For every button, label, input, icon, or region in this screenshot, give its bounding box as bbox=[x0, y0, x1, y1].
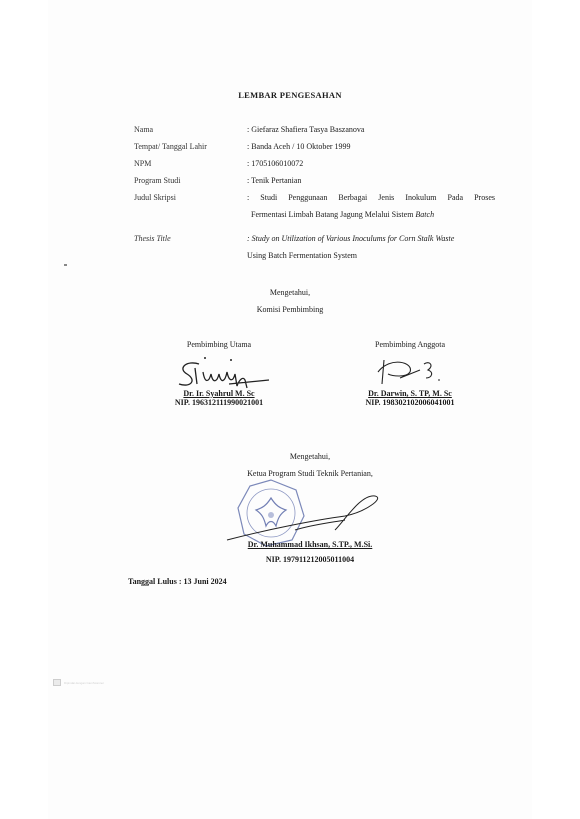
field-row-thesis-en-cont: Using Batch Fermentation System bbox=[247, 250, 357, 262]
field-row-npm: NPM : 1705106010072 bbox=[134, 158, 495, 170]
graduation-date: Tanggal Lulus : 13 Juni 2024 bbox=[128, 577, 227, 586]
supervisor-main: Pembimbing Utama Dr. Ir. Syahrul M. Sc N… bbox=[119, 340, 319, 407]
head-role: Ketua Program Studi Teknik Pertanian, bbox=[20, 469, 580, 478]
field-row-thesis-id: Judul Skripsi : Studi Penggunaan Berbaga… bbox=[134, 192, 495, 221]
field-label: Tempat/ Tanggal Lahir bbox=[134, 141, 247, 153]
field-label: Program Studi bbox=[134, 175, 247, 187]
scanner-watermark: Dipindai dengan CamScanner bbox=[53, 679, 104, 686]
field-row-name: Nama : Giefaraz Shafiera Tasya Baszanova bbox=[134, 124, 495, 136]
supervisor-nip: NIP. 196312111990021001 bbox=[119, 398, 319, 407]
thesis-title-line2: Fermentasi Limbah Batang Jagung Melalui … bbox=[247, 209, 495, 221]
head-name: Dr. Muhammad Ikhsan, S.TP., M.Si. bbox=[210, 540, 410, 549]
committee-text: Komisi Pembimbing bbox=[0, 305, 580, 314]
supervisor-role: Pembimbing Utama bbox=[119, 340, 319, 349]
supervisor-name: Dr. Ir. Syahrul M. Sc bbox=[119, 389, 319, 398]
head-nip: NIP. 197911212005011004 bbox=[210, 555, 410, 564]
field-row-thesis-en: Thesis Title : Study on Utilization of V… bbox=[134, 233, 495, 245]
field-value: : Study on Utilization of Various Inocul… bbox=[247, 233, 495, 245]
field-label: NPM bbox=[134, 158, 247, 170]
field-value: : Tenik Pertanian bbox=[247, 175, 495, 187]
document-page bbox=[48, 0, 532, 819]
supervisor-member: Pembimbing Anggota Dr. Darwin, S. TP, M.… bbox=[310, 340, 510, 407]
field-row-program: Program Studi : Tenik Pertanian bbox=[134, 175, 495, 187]
thesis-en-line1: : Study on Utilization of Various Inocul… bbox=[247, 233, 495, 245]
scanner-logo-icon bbox=[53, 679, 61, 686]
thesis-en-line2: Using Batch Fermentation System bbox=[247, 250, 357, 262]
field-label: Judul Skripsi bbox=[134, 192, 247, 221]
field-row-birth: Tempat/ Tanggal Lahir : Banda Aceh / 10 … bbox=[134, 141, 495, 153]
supervisor-role: Pembimbing Anggota bbox=[310, 340, 510, 349]
field-label: Thesis Title bbox=[134, 233, 247, 245]
signature-icon bbox=[370, 352, 450, 388]
field-value: : Studi Penggunaan Berbagai Jenis Inokul… bbox=[247, 192, 495, 221]
supervisor-nip: NIP. 198302102006041001 bbox=[310, 398, 510, 407]
head-acknowledge: Mengetahui, bbox=[20, 452, 580, 461]
scan-speck bbox=[64, 264, 67, 266]
thesis-title-line1: : Studi Penggunaan Berbagai Jenis Inokul… bbox=[247, 192, 495, 204]
watermark-text: Dipindai dengan CamScanner bbox=[64, 681, 104, 685]
acknowledge-text: Mengetahui, bbox=[0, 288, 580, 297]
field-value: : Giefaraz Shafiera Tasya Baszanova bbox=[247, 124, 495, 136]
document-title: LEMBAR PENGESAHAN bbox=[0, 90, 580, 100]
field-value: : Banda Aceh / 10 Oktober 1999 bbox=[247, 141, 495, 153]
head-signature-block: Dr. Muhammad Ikhsan, S.TP., M.Si. NIP. 1… bbox=[210, 540, 410, 564]
field-label: Nama bbox=[134, 124, 247, 136]
signature-icon bbox=[169, 354, 279, 390]
field-value: : 1705106010072 bbox=[247, 158, 495, 170]
supervisor-name: Dr. Darwin, S. TP, M. Sc bbox=[310, 389, 510, 398]
